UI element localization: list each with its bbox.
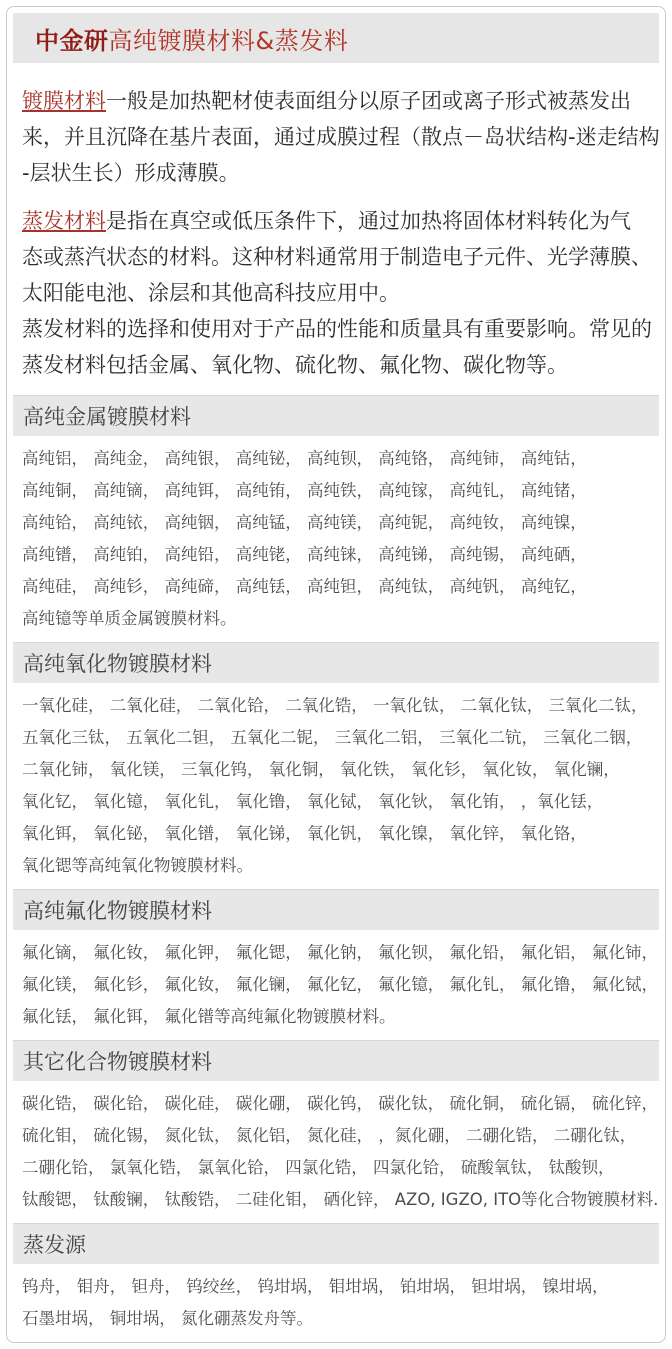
text-line: 高纯铪， 高纯铱， 高纯铟， 高纯锰， 高纯镁， 高纯铌， 高纯钕， 高纯镍， — [22, 507, 659, 539]
text-line: 石墨坩埚， 铜坩埚， 氮化硼蒸发舟等。 — [22, 1303, 659, 1335]
evaporation-material-paragraph: 蒸发材料是指在真空或低压条件下，通过加热将固体材料转化为气 态或蒸汽状态的材料。… — [13, 203, 659, 383]
material-list: 钨舟， 钼舟， 钽舟， 钨绞丝， 钨坩埚， 钼坩埚， 铂坩埚， 钽坩埚， 镍坩埚… — [13, 1264, 659, 1342]
text-line: 一氧化硅， 二氧化硅， 二氧化铪， 二氧化锆， 一氧化钛， 二氧化钛， 三氧化二… — [22, 690, 659, 722]
text-line: 来，并且沉降在基片表面，通过成膜过程（散点－岛状结构-迷走结构 — [22, 119, 657, 155]
paragraph-text: 是指在真空或低压条件下，通过加热将固体材料转化为气 — [106, 209, 631, 233]
material-list: 一氧化硅， 二氧化硅， 二氧化铪， 二氧化锆， 一氧化钛， 二氧化钛， 三氧化二… — [13, 683, 659, 889]
text-line: 碳化锆， 碳化铪， 碳化硅， 碳化硼， 碳化钨， 碳化钛， 硫化铜， 硫化镉， … — [22, 1088, 659, 1120]
section-other-compound-coating: 其它化合物镀膜材料 碳化锆， 碳化铪， 碳化硅， 碳化硼， 碳化钨， 碳化钛， … — [13, 1040, 659, 1223]
paragraph-lines: 来，并且沉降在基片表面，通过成膜过程（散点－岛状结构-迷走结构-层状生长）形成薄… — [22, 119, 657, 191]
text-line: 高纯硅， 高纯钐， 高纯碲， 高纯铥， 高纯钽， 高纯钛， 高纯钒， 高纯钇， — [22, 571, 659, 603]
text-line: 钛酸锶， 钛酸镧， 钛酸锆， 二硅化钼， 硒化锌， AZO, IGZO, ITO… — [22, 1184, 659, 1216]
coating-material-paragraph: 镀膜材料一般是加热靶材使表面组分以原子团或离子形式被蒸发出 来，并且沉降在基片表… — [13, 83, 659, 191]
section-header: 高纯氟化物镀膜材料 — [13, 889, 659, 930]
text-line: 太阳能电池、涂层和其他高科技应用中。 — [22, 275, 657, 311]
text-line: 氧化铒， 氧化铋， 氧化镨， 氧化锑， 氧化钒， 氧化镍， 氧化锌， 氧化铬， — [22, 818, 659, 850]
section-header: 蒸发源 — [13, 1223, 659, 1264]
text-line: 氧化钇， 氧化镱， 氧化钆， 氧化镥， 氧化铽， 氧化钬， 氧化铕， ，氧化铥， — [22, 786, 659, 818]
text-line: 高纯镱等单质金属镀膜材料。 — [22, 603, 659, 635]
section-fluoride-coating: 高纯氟化物镀膜材料 氟化镝， 氟化钕， 氟化钾， 氟化锶， 氟化钠， 氟化钡， … — [13, 889, 659, 1040]
text-line: 蒸发材料包括金属、氧化物、硫化物、氟化物、碳化物等。 — [22, 347, 657, 383]
text-line: 二氧化铈， 氧化镁， 三氧化钨， 氧化铜， 氧化铁， 氧化钐， 氧化钕， 氧化镧… — [22, 754, 659, 786]
section-title: 其它化合物镀膜材料 — [23, 1046, 212, 1076]
paragraph-line: 镀膜材料一般是加热靶材使表面组分以原子团或离子形式被蒸发出 — [22, 83, 657, 119]
paragraph-lines: 态或蒸汽状态的材料。这种材料通常用于制造电子元件、光学薄膜、太阳能电池、涂层和其… — [22, 239, 657, 383]
section-title: 高纯氧化物镀膜材料 — [23, 648, 212, 678]
material-list: 高纯铝， 高纯金， 高纯银， 高纯铋， 高纯钡， 高纯铬， 高纯铈， 高纯钴，高… — [13, 436, 659, 642]
paragraph-line: 蒸发材料是指在真空或低压条件下，通过加热将固体材料转化为气 — [22, 203, 657, 239]
text-line: 高纯铜， 高纯镝， 高纯铒， 高纯铕， 高纯铁， 高纯镓， 高纯钆， 高纯锗， — [22, 475, 659, 507]
text-line: -层状生长）形成薄膜。 — [22, 155, 657, 191]
text-line: 蒸发材料的选择和使用对于产品的性能和质量具有重要影响。常见的 — [22, 311, 657, 347]
section-header: 高纯氧化物镀膜材料 — [13, 642, 659, 683]
section-metal-coating: 高纯金属镀膜材料 高纯铝， 高纯金， 高纯银， 高纯铋， 高纯钡， 高纯铬， 高… — [13, 395, 659, 642]
text-line: 钨舟， 钼舟， 钽舟， 钨绞丝， 钨坩埚， 钼坩埚， 铂坩埚， 钽坩埚， 镍坩埚… — [22, 1271, 659, 1303]
section-oxide-coating: 高纯氧化物镀膜材料 一氧化硅， 二氧化硅， 二氧化铪， 二氧化锆， 一氧化钛， … — [13, 642, 659, 889]
text-line: 硫化钼， 硫化锡， 氮化钛， 氮化铝， 氮化硅， ，氮化硼， 二硼化锆， 二硼化… — [22, 1120, 659, 1152]
evaporation-material-link[interactable]: 蒸发材料 — [22, 209, 106, 233]
section-header: 高纯金属镀膜材料 — [13, 395, 659, 436]
page-title: 高纯镀膜材料&蒸发料 — [109, 21, 349, 56]
text-line: 氧化锶等高纯氧化物镀膜材料。 — [22, 850, 659, 882]
paragraph-text: 一般是加热靶材使表面组分以原子团或离子形式被蒸发出 — [106, 89, 631, 113]
section-title: 蒸发源 — [23, 1229, 86, 1259]
text-line: 氟化镝， 氟化钕， 氟化钾， 氟化锶， 氟化钠， 氟化钡， 氟化铅， 氟化铝， … — [22, 937, 659, 969]
content-page: 中金研高纯镀膜材料&蒸发料 镀膜材料一般是加热靶材使表面组分以原子团或离子形式被… — [6, 6, 666, 1343]
brand-name: 中金研 — [35, 21, 109, 56]
section-evaporation-source: 蒸发源 钨舟， 钼舟， 钽舟， 钨绞丝， 钨坩埚， 钼坩埚， 铂坩埚， 钽坩埚，… — [13, 1223, 659, 1342]
material-list: 碳化锆， 碳化铪， 碳化硅， 碳化硼， 碳化钨， 碳化钛， 硫化铜， 硫化镉， … — [13, 1081, 659, 1223]
text-line: 二硼化铪， 氯氧化锆， 氯氧化铪， 四氯化锆， 四氯化铪， 硫酸氧钛， 钛酸钡， — [22, 1152, 659, 1184]
text-line: 氟化镁， 氟化钐， 氟化钕， 氟化镧， 氟化钇， 氟化镱， 氟化钆， 氟化镥， … — [22, 969, 659, 1001]
coating-material-link[interactable]: 镀膜材料 — [22, 89, 106, 113]
section-title: 高纯氟化物镀膜材料 — [23, 895, 212, 925]
text-line: 氟化铥， 氟化铒， 氟化镨等高纯氟化物镀膜材料。 — [22, 1001, 659, 1033]
text-line: 高纯铝， 高纯金， 高纯银， 高纯铋， 高纯钡， 高纯铬， 高纯铈， 高纯钴， — [22, 443, 659, 475]
section-title: 高纯金属镀膜材料 — [23, 401, 191, 431]
material-list: 氟化镝， 氟化钕， 氟化钾， 氟化锶， 氟化钠， 氟化钡， 氟化铅， 氟化铝， … — [13, 930, 659, 1040]
text-line: 五氧化三钛， 五氧化二钽， 五氧化二铌， 三氧化二铝， 三氧化二钪， 三氧化二铟… — [22, 722, 659, 754]
text-line: 态或蒸汽状态的材料。这种材料通常用于制造电子元件、光学薄膜、 — [22, 239, 657, 275]
page-title-bar: 中金研高纯镀膜材料&蒸发料 — [13, 13, 659, 63]
text-line: 高纯镨， 高纯铂， 高纯铅， 高纯铑， 高纯铼， 高纯锑， 高纯锡， 高纯硒， — [22, 539, 659, 571]
section-header: 其它化合物镀膜材料 — [13, 1040, 659, 1081]
